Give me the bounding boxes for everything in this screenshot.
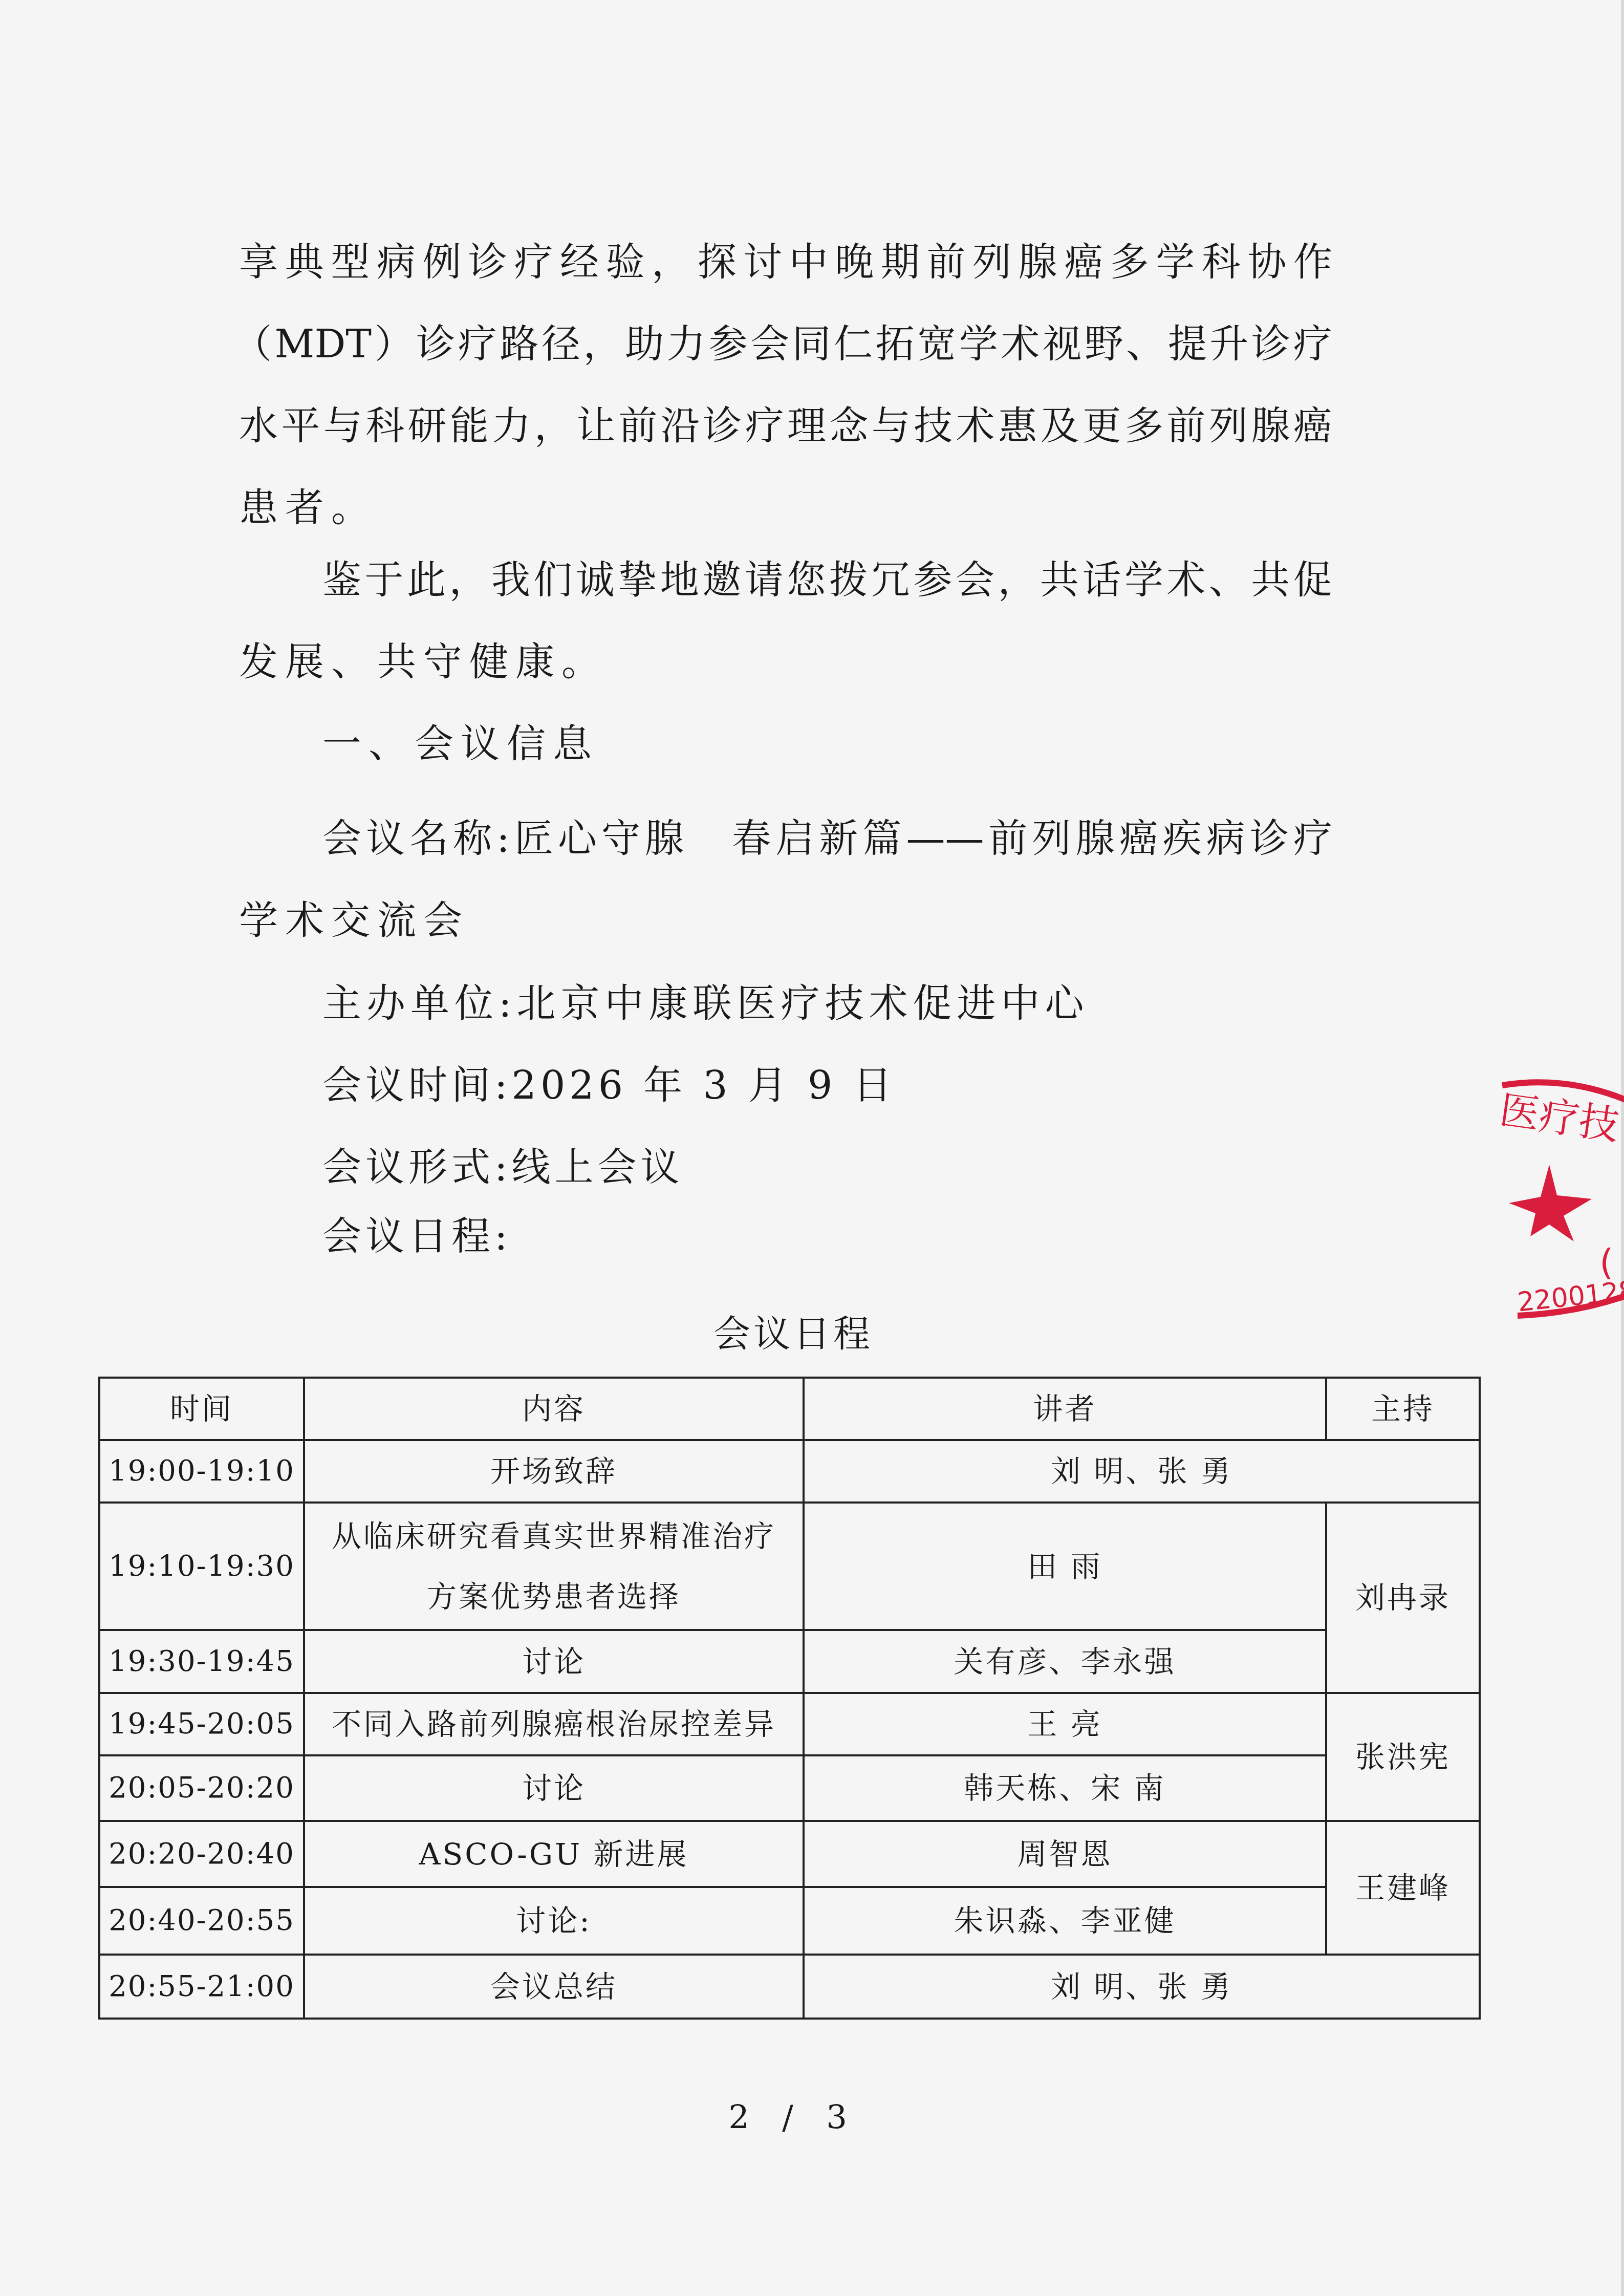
row-time: 20:55-21:00 bbox=[99, 1955, 304, 2019]
glyph: 心 bbox=[558, 813, 597, 864]
glyph: 春 bbox=[732, 813, 771, 864]
glyph: 同 bbox=[792, 318, 831, 370]
glyph: 参 bbox=[914, 554, 952, 606]
glyph: 癌 bbox=[1293, 400, 1332, 452]
glyph: 验 bbox=[606, 237, 645, 288]
row-time: 20:05-20:20 bbox=[99, 1755, 304, 1821]
table-header-row: 时间 内容 讲者 主持 bbox=[99, 1378, 1480, 1440]
row-time: 20:20-20:40 bbox=[99, 1821, 304, 1887]
glyph: 促 bbox=[1293, 554, 1332, 606]
row-time: 19:30-19:45 bbox=[99, 1630, 304, 1693]
glyph: 中 bbox=[789, 237, 828, 288]
glyph: 共 bbox=[1040, 554, 1079, 606]
meeting-name-line-1: 会议名称:匠心守腺 春启新篇——前列腺癌疾病诊疗 bbox=[322, 813, 1332, 864]
row-host: 王建峰 bbox=[1326, 1821, 1480, 1955]
glyph: 邀 bbox=[702, 554, 741, 606]
glyph: ， bbox=[583, 318, 622, 370]
glyph: 技 bbox=[914, 400, 952, 452]
glyph: 探 bbox=[698, 237, 737, 288]
glyph: 诊 bbox=[1250, 813, 1289, 864]
glyph: 癌 bbox=[1119, 813, 1158, 864]
glyph: 平 bbox=[281, 400, 320, 452]
row-speaker: 周智恩 bbox=[804, 1821, 1326, 1887]
row-speaker: 朱识淼、李亚健 bbox=[804, 1887, 1326, 1955]
glyph: 典 bbox=[285, 237, 324, 288]
glyph: 请 bbox=[745, 554, 784, 606]
glyph: 学 bbox=[959, 318, 998, 370]
glyph: 协 bbox=[1247, 237, 1286, 288]
glyph: 共 bbox=[1251, 554, 1290, 606]
glyph: 疗 bbox=[1293, 813, 1332, 864]
header-host: 主持 bbox=[1326, 1378, 1480, 1440]
glyph: 列 bbox=[972, 237, 1011, 288]
glyph: 享 bbox=[239, 237, 278, 288]
row-speaker: 王 亮 bbox=[804, 1693, 1326, 1755]
agenda-table-caption: 会议日程 bbox=[0, 1308, 1587, 1359]
agenda-table: 时间 内容 讲者 主持 19:00-19:10 开场致辞 刘 明、张 勇 19:… bbox=[98, 1377, 1481, 2020]
row-host: 张洪宪 bbox=[1326, 1693, 1480, 1821]
glyph: 沿 bbox=[661, 400, 700, 452]
glyph: 会 bbox=[750, 318, 789, 370]
glyph: （ bbox=[233, 318, 272, 370]
glyph: 启 bbox=[775, 813, 814, 864]
glyph: 力 bbox=[667, 318, 706, 370]
glyph: 期 bbox=[881, 237, 920, 288]
glyph: 称 bbox=[453, 813, 492, 864]
glyph: 型 bbox=[331, 237, 370, 288]
glyph: 诊 bbox=[1251, 318, 1290, 370]
glyph: 路 bbox=[500, 318, 538, 370]
glyph: 、 bbox=[1126, 318, 1165, 370]
glyph: 腺 bbox=[1251, 400, 1290, 452]
glyph: 疗 bbox=[458, 318, 497, 370]
glyph: 例 bbox=[422, 237, 461, 288]
glyph: 宽 bbox=[917, 318, 956, 370]
glyph: 及 bbox=[1040, 400, 1079, 452]
glyph: 腺 bbox=[1019, 237, 1057, 288]
row-time: 20:40-20:55 bbox=[99, 1887, 304, 1955]
glyph: 与 bbox=[872, 400, 911, 452]
glyph: 术 bbox=[956, 400, 995, 452]
glyph: 新 bbox=[819, 813, 858, 864]
glyph: ） bbox=[375, 318, 414, 370]
glyph: 挚 bbox=[618, 554, 657, 606]
document-page: 享典型病例诊疗经验，探讨中晚期前列腺癌多学科协作 （MDT）诊疗路径，助力参会同… bbox=[0, 0, 1624, 2296]
row-speaker: 关有彦、李永强 bbox=[804, 1630, 1326, 1693]
row-content: 讨论: bbox=[304, 1887, 804, 1955]
glyph: 、 bbox=[1209, 554, 1248, 606]
glyph: 此 bbox=[407, 554, 446, 606]
glyph: 疗 bbox=[514, 237, 553, 288]
glyph: 癌 bbox=[1064, 237, 1103, 288]
glyph: 术 bbox=[1001, 318, 1040, 370]
svg-text:2200128: 2200128 bbox=[1516, 1275, 1624, 1318]
glyph: 前 bbox=[619, 400, 658, 452]
glyph: 助 bbox=[625, 318, 664, 370]
row-speaker: 田 雨 bbox=[804, 1503, 1326, 1630]
glyph: 名 bbox=[409, 813, 448, 864]
glyph: MDT bbox=[275, 318, 372, 370]
glyph: 提 bbox=[1168, 318, 1207, 370]
glyph: 多 bbox=[1124, 400, 1163, 452]
table-row: 19:00-19:10 开场致辞 刘 明、张 勇 bbox=[99, 1440, 1480, 1503]
glyph: 话 bbox=[1082, 554, 1121, 606]
intro-line-2: （MDT）诊疗路径，助力参会同仁拓宽学术视野、提升诊疗 bbox=[233, 318, 1332, 370]
meeting-date: 会议时间:2026 年 3 月 9 日 bbox=[322, 1060, 896, 1111]
glyph: 多 bbox=[1110, 237, 1149, 288]
glyph: 水 bbox=[239, 400, 278, 452]
glyph: 与 bbox=[323, 400, 362, 452]
glyph: 科 bbox=[1202, 237, 1241, 288]
glyph: 匠 bbox=[514, 813, 553, 864]
glyph: 疗 bbox=[1293, 318, 1332, 370]
page-number: 2 / 3 bbox=[0, 2099, 1587, 2137]
glyph: ， bbox=[534, 400, 573, 452]
glyph: 能 bbox=[450, 400, 489, 452]
glyph: ， bbox=[998, 554, 1037, 606]
row-host: 刘冉录 bbox=[1326, 1503, 1480, 1693]
glyph: 念 bbox=[829, 400, 868, 452]
meeting-organizer: 主办单位:北京中康联医疗技术促进中心 bbox=[322, 978, 1089, 1029]
glyph: 理 bbox=[787, 400, 826, 452]
glyph: ， bbox=[449, 554, 488, 606]
glyph: 晚 bbox=[835, 237, 874, 288]
row-speaker: 刘 明、张 勇 bbox=[804, 1440, 1480, 1503]
header-speaker: 讲者 bbox=[804, 1378, 1326, 1440]
row-content: 会议总结 bbox=[304, 1955, 804, 2019]
glyph: 拓 bbox=[876, 318, 915, 370]
intro-line-3: 水平与科研能力，让前沿诊疗理念与技术惠及更多前列腺癌 bbox=[239, 400, 1332, 452]
glyph: 病 bbox=[377, 237, 416, 288]
glyph: 们 bbox=[533, 554, 572, 606]
glyph: 鉴 bbox=[322, 554, 361, 606]
glyph: 冗 bbox=[871, 554, 910, 606]
intro-line-1: 享典型病例诊疗经验，探讨中晚期前列腺癌多学科协作 bbox=[239, 237, 1332, 288]
meeting-agenda-label: 会议日程: bbox=[322, 1211, 512, 1262]
glyph: 野 bbox=[1085, 318, 1123, 370]
glyph: 学 bbox=[1156, 237, 1195, 288]
glyph: 腺 bbox=[645, 813, 684, 864]
intro-line-4: 患者。 bbox=[239, 482, 377, 533]
glyph: 力 bbox=[492, 400, 531, 452]
glyph: 升 bbox=[1210, 318, 1249, 370]
glyph: 疾 bbox=[1163, 813, 1202, 864]
glyph: 学 bbox=[1124, 554, 1163, 606]
glyph: 更 bbox=[1082, 400, 1121, 452]
glyph: 列 bbox=[1032, 813, 1071, 864]
glyph: 拨 bbox=[829, 554, 868, 606]
glyph: 您 bbox=[787, 554, 826, 606]
table-row: 19:45-20:05 不同入路前列腺癌根治尿控差异 王 亮 张洪宪 bbox=[99, 1693, 1480, 1755]
glyph: 前 bbox=[1167, 400, 1206, 452]
glyph: 仁 bbox=[834, 318, 873, 370]
glyph: 会 bbox=[322, 813, 361, 864]
glyph: 疗 bbox=[745, 400, 784, 452]
row-time: 19:00-19:10 bbox=[99, 1440, 304, 1503]
section-heading: 一、会议信息 bbox=[322, 718, 599, 769]
glyph: 让 bbox=[576, 400, 615, 452]
meeting-name-line-2: 学术交流会 bbox=[239, 895, 469, 946]
glyph: 病 bbox=[1206, 813, 1245, 864]
row-content-line-1: 从临床研究看真实世界精准治疗 bbox=[310, 1506, 797, 1567]
glyph: 于 bbox=[364, 554, 403, 606]
glyph: 我 bbox=[491, 554, 530, 606]
row-content-line-2: 方案优势患者选择 bbox=[310, 1567, 797, 1627]
header-content: 内容 bbox=[304, 1378, 804, 1440]
glyph: 诊 bbox=[416, 318, 455, 370]
glyph: 列 bbox=[1209, 400, 1248, 452]
glyph: —— bbox=[906, 813, 984, 864]
glyph: 篇 bbox=[862, 813, 901, 864]
header-time: 时间 bbox=[99, 1378, 304, 1440]
invitation-line-2: 发展、共守健康。 bbox=[239, 636, 608, 688]
row-content: 讨论 bbox=[304, 1630, 804, 1693]
glyph: 视 bbox=[1043, 318, 1081, 370]
glyph: 研 bbox=[408, 400, 447, 452]
row-content: 从临床研究看真实世界精准治疗 方案优势患者选择 bbox=[304, 1503, 804, 1630]
glyph: 讨 bbox=[743, 237, 782, 288]
table-row: 19:30-19:45 讨论 关有彦、李永强 bbox=[99, 1630, 1480, 1693]
table-row: 20:20-20:40 ASCO-GU 新进展 周智恩 王建峰 bbox=[99, 1821, 1480, 1887]
table-row: 20:05-20:20 讨论 韩天栋、宋 南 bbox=[99, 1755, 1480, 1821]
glyph: ， bbox=[652, 237, 690, 288]
row-content: ASCO-GU 新进展 bbox=[304, 1821, 804, 1887]
row-speaker: 韩天栋、宋 南 bbox=[804, 1755, 1326, 1821]
glyph: 诚 bbox=[576, 554, 615, 606]
glyph: 经 bbox=[560, 237, 599, 288]
row-content: 开场致辞 bbox=[304, 1440, 804, 1503]
stamp-seal-icon: 医疗技 ( 2200128 bbox=[1474, 1065, 1624, 1423]
row-content: 讨论 bbox=[304, 1755, 804, 1821]
row-time: 19:10-19:30 bbox=[99, 1503, 304, 1630]
svg-text:医疗技: 医疗技 bbox=[1497, 1087, 1621, 1150]
glyph: : bbox=[496, 813, 510, 864]
glyph: 作 bbox=[1293, 237, 1332, 288]
row-content: 不同入路前列腺癌根治尿控差异 bbox=[304, 1693, 804, 1755]
glyph: 腺 bbox=[1076, 813, 1115, 864]
invitation-line-1: 鉴于此，我们诚挚地邀请您拨冗参会，共话学术、共促 bbox=[322, 554, 1332, 606]
glyph: 前 bbox=[989, 813, 1028, 864]
glyph: 会 bbox=[956, 554, 994, 606]
glyph: 议 bbox=[366, 813, 405, 864]
glyph: 径 bbox=[542, 318, 580, 370]
official-stamp: 医疗技 ( 2200128 bbox=[1474, 1065, 1624, 1423]
row-time: 19:45-20:05 bbox=[99, 1693, 304, 1755]
glyph: 地 bbox=[660, 554, 699, 606]
glyph: 术 bbox=[1166, 554, 1205, 606]
glyph: 惠 bbox=[998, 400, 1037, 452]
glyph: 参 bbox=[708, 318, 747, 370]
table-row: 20:40-20:55 讨论: 朱识淼、李亚健 bbox=[99, 1887, 1480, 1955]
table-row: 20:55-21:00 会议总结 刘 明、张 勇 bbox=[99, 1955, 1480, 2019]
glyph: 科 bbox=[365, 400, 404, 452]
glyph: 守 bbox=[601, 813, 640, 864]
glyph: 前 bbox=[926, 237, 965, 288]
glyph bbox=[688, 813, 727, 864]
glyph: 诊 bbox=[703, 400, 742, 452]
row-speaker: 刘 明、张 勇 bbox=[804, 1955, 1480, 2019]
glyph: 诊 bbox=[468, 237, 507, 288]
table-row: 19:10-19:30 从临床研究看真实世界精准治疗 方案优势患者选择 田 雨 … bbox=[99, 1503, 1480, 1630]
meeting-format: 会议形式:线上会议 bbox=[322, 1142, 684, 1193]
